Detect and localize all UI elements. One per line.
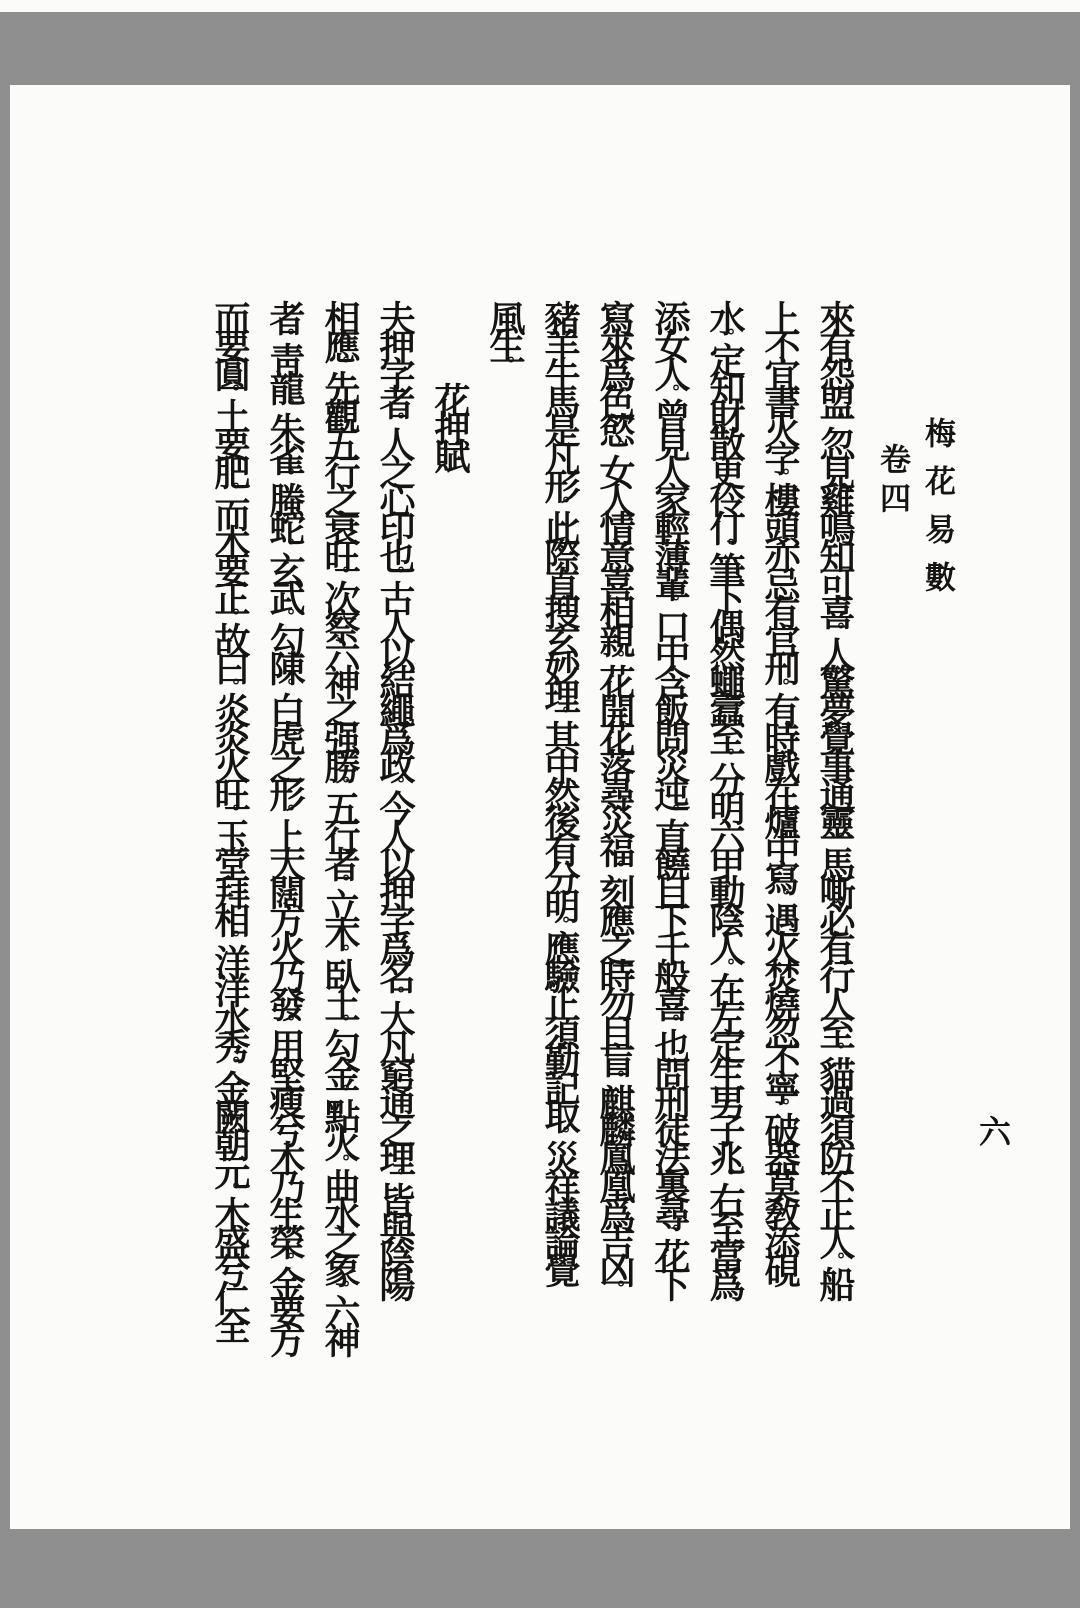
- text-column: 而要圓。土要肥。而木要正。故曰。炎炎火旺。玉堂拜相。洋洋水秀。金闕朝元。木盛兮仁…: [212, 300, 248, 1400]
- section-title: 花押賦: [432, 300, 468, 1400]
- main-text-block: 來有怨盟。忽見雞鳴知可喜。人驚夢覺事通靈。馬嘶必有行人至。貓過須防不正人。船 上…: [193, 300, 853, 1400]
- text-column: 豬羊牛馬是凡形。此際直搜玄妙理。其中然後有分明。應驗止須勤記取。災祥議論覺: [542, 300, 578, 1400]
- volume-label: 卷四: [870, 443, 915, 609]
- text-column: 者。靑龍。朱雀。螣蛇。玄武。勾陳。白虎之形。上大闊方火乃發。用堅瘦兮木乃生榮。金…: [267, 300, 303, 1400]
- page-number: 六: [970, 1115, 1016, 1147]
- text-column: 來有怨盟。忽見雞鳴知可喜。人驚夢覺事通靈。馬嘶必有行人至。貓過須防不正人。船: [817, 300, 853, 1400]
- scan-top-margin: [0, 0, 1080, 12]
- book-title: 梅花易數: [920, 417, 955, 609]
- text-column: 添女人。曾見人家輕薄輩。口中含飯問災迍。直饒目下千般喜。也問刑徒法裏尋。花下: [652, 300, 688, 1400]
- text-column: 風生。: [487, 300, 523, 1400]
- book-page: 梅花易數 卷四 六 來有怨盟。忽見雞鳴知可喜。人驚夢覺事通靈。馬嘶必有行人至。貓…: [10, 85, 1070, 1529]
- book-header-column: 梅花易數 卷四: [870, 417, 960, 609]
- text-column: 夫押字者。人之心印也。古人以結繩爲政。今人以押字爲名。大凡窮通之理。皆與陰陽: [377, 300, 413, 1400]
- text-column: 相應。先觀五行之衰旺。次察六神之强勝。五行者。立木。臥土。勾金。點火。曲水之象。…: [322, 300, 358, 1400]
- text-column: 寫來爲色慾。女人情意喜相親。花開花落尋災福。刻應之時勿目盲。麒麟鳳凰爲吉凶。: [597, 300, 633, 1400]
- text-column: 水。定知財散更伶仃。筆下偶然蠅蠧至。分明六甲動陰人。在左定生男子兆。右至當爲: [707, 300, 743, 1400]
- text-column: 上不宜書火字。樓頭亦忌有官刑。有時戲在爐中寫。遇火焚燒忽不寧。破器莫敎添硯: [762, 300, 798, 1400]
